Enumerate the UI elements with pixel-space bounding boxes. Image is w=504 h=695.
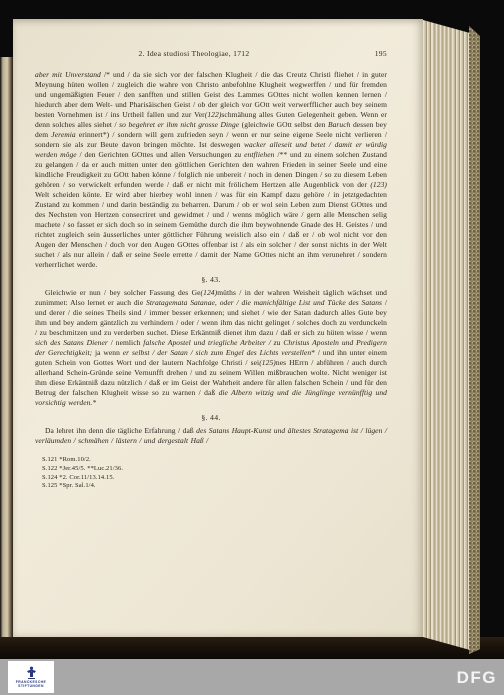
paragraph: aber mit Unverstand /* und / da sie sich… [35,70,387,270]
footnote-line: S.125 *Spr. Sal.1/4. [42,482,387,491]
text-column: 2. Idea studiosi Theologiae, 1712 195 ab… [35,49,387,491]
page-header: 2. Idea studiosi Theologiae, 1712 195 [35,49,387,61]
footnote-line: S.122 *Jer.45/5. **Luc.21/36. [42,465,387,474]
footnote-line: S.121 *Rom.10/2. [42,456,387,465]
footnotes: S.121 *Rom.10/2.S.122 *Jer.45/5. **Luc.2… [35,456,387,491]
running-title: 2. Idea studiosi Theologiae, 1712 [35,49,353,58]
fore-edge-pages [423,20,470,650]
franckesche-stiftungen-eagle-emblem-icon [26,666,37,679]
library-logo: FRANCKESCHE STIFTUNGEN [8,661,54,693]
deckle-edge [469,26,480,654]
footnote-line: S.124 *2. Cor.11/13.14.15. [42,474,387,483]
viewer-footer-bar: FRANCKESCHE STIFTUNGEN DFG [0,659,504,695]
section-heading: §. 44. [35,413,387,422]
scanned-page: 2. Idea studiosi Theologiae, 1712 195 ab… [13,19,423,637]
book-cover [0,637,504,659]
paragraph: Da lehret ihn denn die tägliche Erfahrun… [35,426,387,446]
section-heading: §. 43. [35,275,387,284]
library-logo-line-2: STIFTUNGEN [18,684,44,688]
paragraph: Gleichwie er nun / bey solcher Fassung d… [35,288,387,408]
dfg-logo: DFG [457,668,497,688]
page-number: 195 [375,49,387,58]
page-text: aber mit Unverstand /* und / da sie sich… [35,70,387,491]
left-book-edge [0,57,13,639]
